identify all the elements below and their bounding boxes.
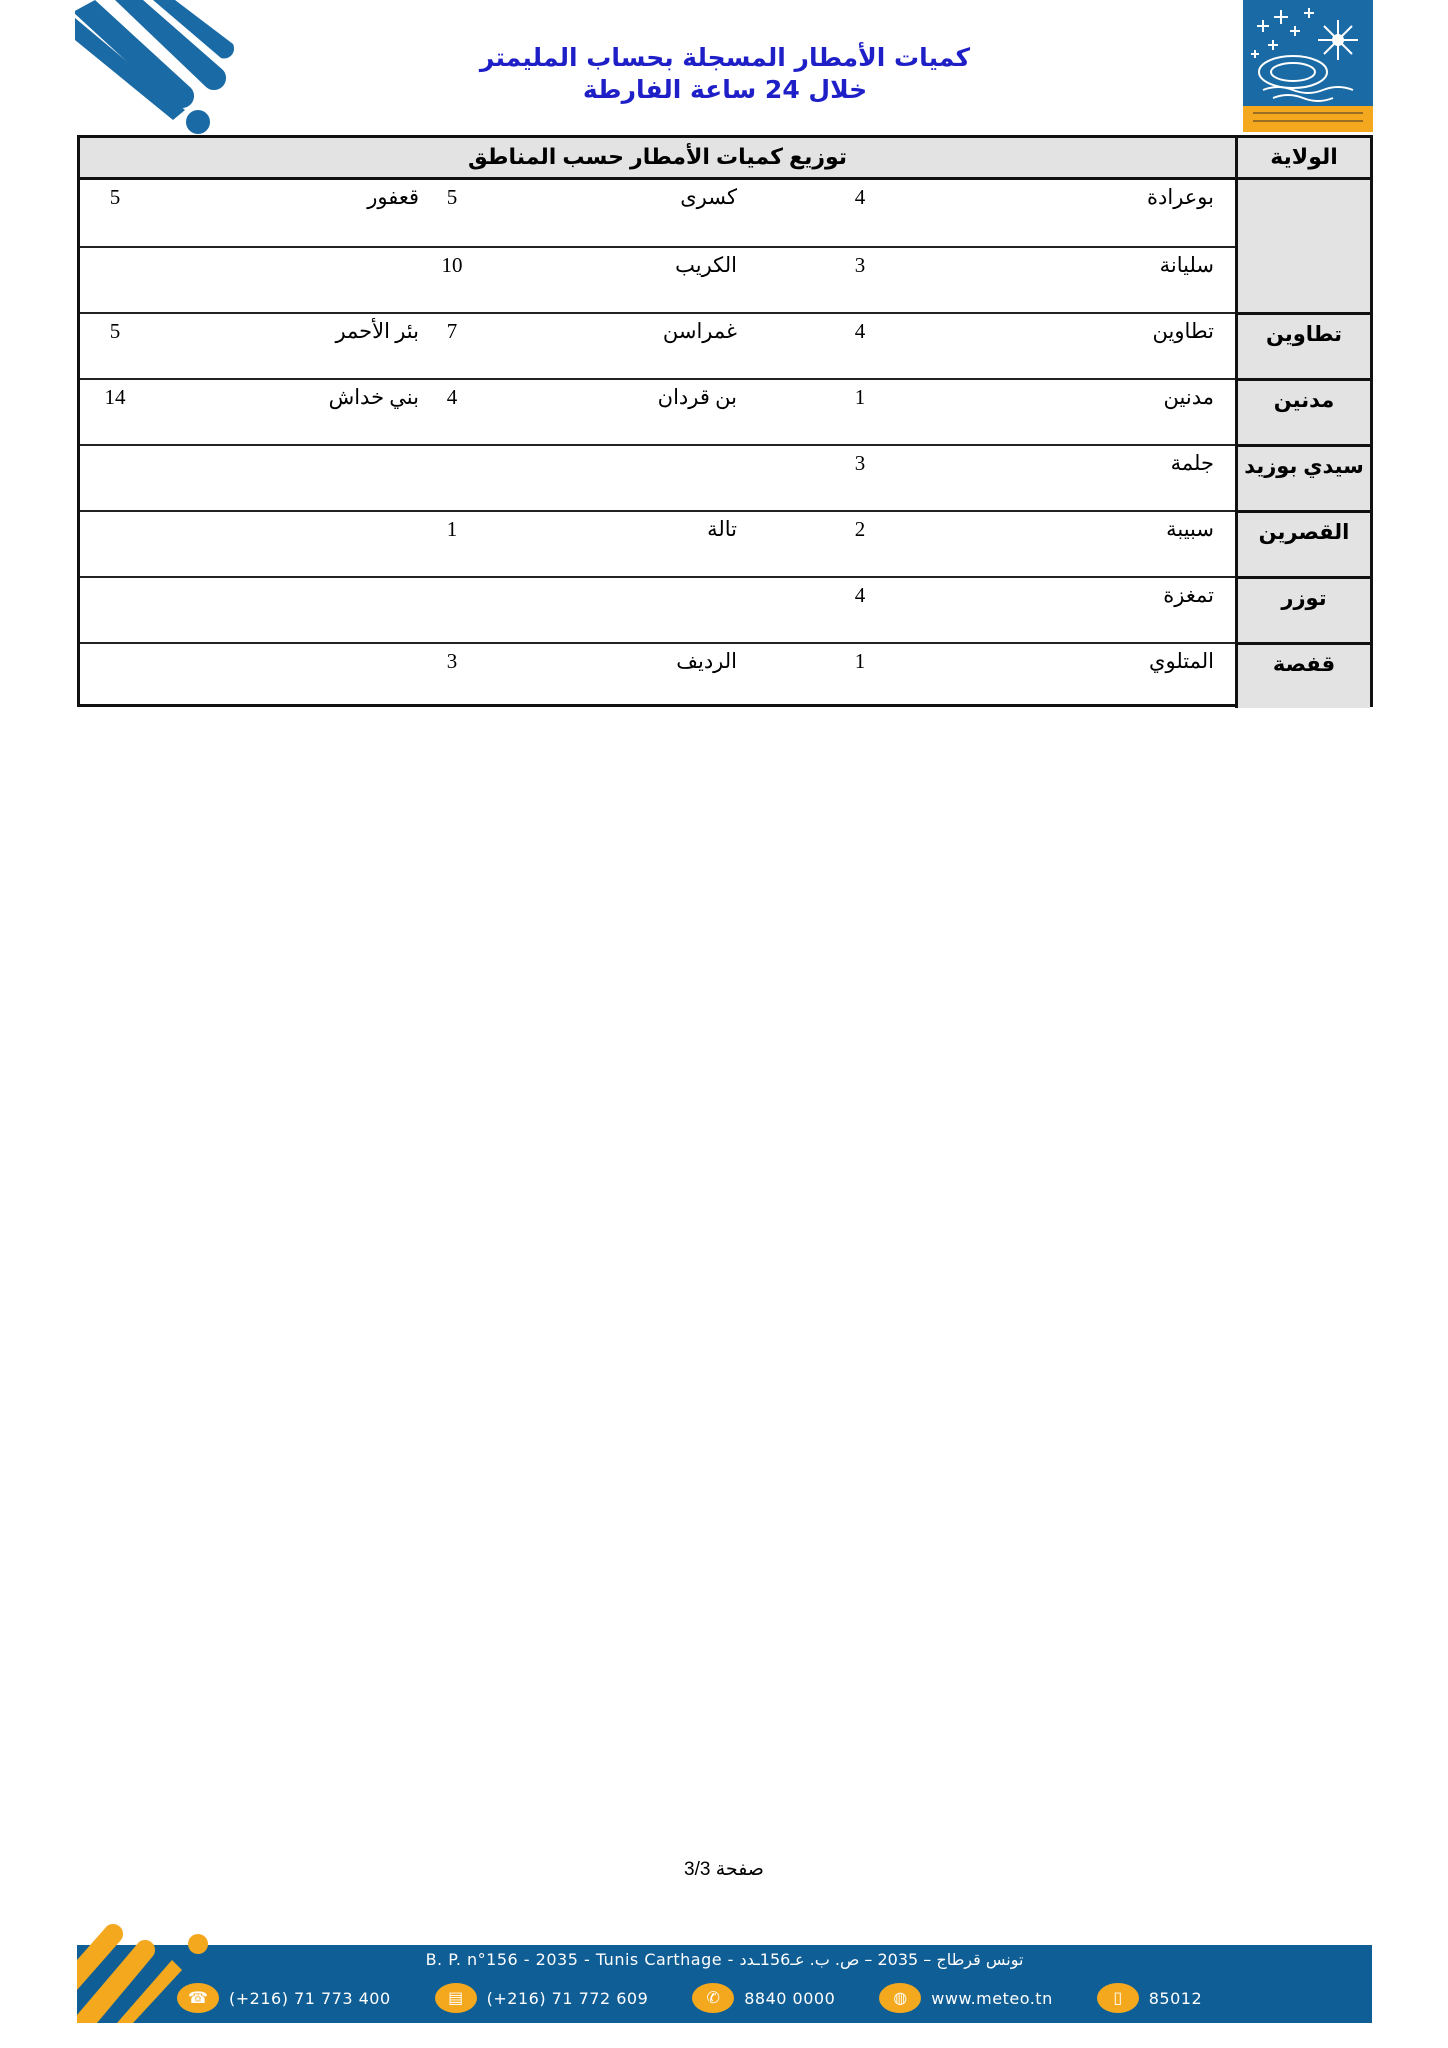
station-name bbox=[140, 578, 423, 642]
station-name: سليانة bbox=[900, 248, 1218, 312]
weather-emblem-icon bbox=[1243, 0, 1373, 106]
governorate-cell: قفصة bbox=[1235, 642, 1370, 708]
footer-address: B. P. n°156 - 2035 - Tunis Carthage - تو… bbox=[77, 1950, 1372, 1969]
governorate-cell: القصرين bbox=[1235, 510, 1370, 576]
station-name: بوعرادة bbox=[900, 180, 1218, 246]
governorate-cell: توزر bbox=[1235, 576, 1370, 642]
rainfall-value bbox=[80, 446, 150, 510]
rainfall-value: 5 bbox=[412, 180, 492, 246]
header-stripes-decoration bbox=[75, 0, 235, 135]
footer-contacts: ☎ (+216) 71 773 400 ▤ (+216) 71 772 609 … bbox=[177, 1981, 1246, 2015]
station-name: مدنين bbox=[900, 380, 1218, 444]
station-name bbox=[140, 446, 423, 510]
rainfall-value: 3 bbox=[412, 644, 492, 708]
header-governorate: الولاية bbox=[1235, 138, 1370, 177]
governorate-cell: سيدي بوزيد bbox=[1235, 444, 1370, 510]
table-row: المتلوي1الرديف3 bbox=[80, 642, 1370, 708]
table-row: تمغزة4 bbox=[80, 576, 1370, 642]
station-name: تمغزة bbox=[900, 578, 1218, 642]
table-header-row: توزيع كميات الأمطار حسب المناطق الولاية bbox=[80, 138, 1370, 180]
station-name: قعفور bbox=[140, 180, 423, 246]
station-name: بني خداش bbox=[140, 380, 423, 444]
title-line-2: خلال 24 ساعة الفارطة bbox=[380, 74, 1070, 106]
table-row: تطاوين4غمراسن7بئر الأحمر5 bbox=[80, 312, 1370, 378]
governorate-cell bbox=[1235, 180, 1370, 312]
rainfall-value: 10 bbox=[412, 248, 492, 312]
contact-phone-text: (+216) 71 773 400 bbox=[229, 1989, 391, 2008]
fax-icon: ▤ bbox=[435, 1983, 477, 2013]
rainfall-value: 1 bbox=[412, 512, 492, 576]
rainfall-value: 4 bbox=[412, 380, 492, 444]
rainfall-value: 14 bbox=[80, 380, 150, 444]
rainfall-value bbox=[80, 248, 150, 312]
station-name bbox=[140, 512, 423, 576]
station-name: جلمة bbox=[900, 446, 1218, 510]
contact-fax-text: (+216) 71 772 609 bbox=[487, 1989, 649, 2008]
rainfall-value bbox=[80, 644, 150, 708]
rainfall-value: 5 bbox=[80, 314, 150, 378]
station-name: بئر الأحمر bbox=[140, 314, 423, 378]
rainfall-value: 4 bbox=[820, 578, 900, 642]
contact-sms: ▯ 85012 bbox=[1097, 1983, 1202, 2013]
rainfall-value: 4 bbox=[820, 314, 900, 378]
document-title: كميات الأمطار المسجلة بحساب المليمتر خلا… bbox=[380, 42, 1070, 106]
rainfall-value: 4 bbox=[820, 180, 900, 246]
table-row: جلمة3 bbox=[80, 444, 1370, 510]
rainfall-value: 1 bbox=[820, 380, 900, 444]
rainfall-value: 5 bbox=[80, 180, 150, 246]
rainfall-value: 1 bbox=[820, 644, 900, 708]
contact-fax: ▤ (+216) 71 772 609 bbox=[435, 1983, 649, 2013]
rainfall-value: 3 bbox=[820, 446, 900, 510]
contact-website: ◍ www.meteo.tn bbox=[879, 1983, 1052, 2013]
rainfall-value bbox=[80, 512, 150, 576]
rainfall-value: 2 bbox=[820, 512, 900, 576]
contact-hotline-text: 8840 0000 bbox=[744, 1989, 835, 2008]
inm-logo bbox=[1243, 0, 1373, 132]
station-name: تطاوين bbox=[900, 314, 1218, 378]
contact-hotline: ✆ 8840 0000 bbox=[692, 1983, 835, 2013]
sms-icon: ▯ bbox=[1097, 1983, 1139, 2013]
logo-caption-band bbox=[1243, 106, 1373, 132]
station-name: سبيبة bbox=[900, 512, 1218, 576]
rainfall-value: 7 bbox=[412, 314, 492, 378]
title-line-1: كميات الأمطار المسجلة بحساب المليمتر bbox=[380, 42, 1070, 74]
table-row: بوعرادة4كسرى5قعفور5 bbox=[80, 180, 1370, 246]
rainfall-value bbox=[80, 578, 150, 642]
rainfall-value: 3 bbox=[820, 248, 900, 312]
globe-icon: ◍ bbox=[879, 1983, 921, 2013]
table-row: مدنين1بن قردان4بني خداش14 bbox=[80, 378, 1370, 444]
station-name bbox=[140, 248, 423, 312]
governorate-cell: تطاوين bbox=[1235, 312, 1370, 378]
contact-sms-text: 85012 bbox=[1149, 1989, 1202, 2008]
contact-website-link[interactable]: www.meteo.tn bbox=[931, 1989, 1052, 2008]
rainfall-table: توزيع كميات الأمطار حسب المناطق الولاية … bbox=[77, 135, 1373, 707]
page-number: صفحة 3/3 bbox=[0, 1858, 1448, 1881]
table-row: سليانة3الكريب10 bbox=[80, 246, 1370, 312]
governorate-cell: مدنين bbox=[1235, 378, 1370, 444]
rainfall-value bbox=[412, 578, 492, 642]
rainfall-value bbox=[412, 446, 492, 510]
station-name: المتلوي bbox=[900, 644, 1218, 708]
footer-stripes-decoration bbox=[77, 1920, 217, 2023]
station-name bbox=[140, 644, 423, 708]
footer-bar: B. P. n°156 - 2035 - Tunis Carthage - تو… bbox=[77, 1945, 1372, 2023]
header-distribution: توزيع كميات الأمطار حسب المناطق bbox=[80, 138, 1235, 177]
table-row: سبيبة2تالة1 bbox=[80, 510, 1370, 576]
hotline-icon: ✆ bbox=[692, 1983, 734, 2013]
